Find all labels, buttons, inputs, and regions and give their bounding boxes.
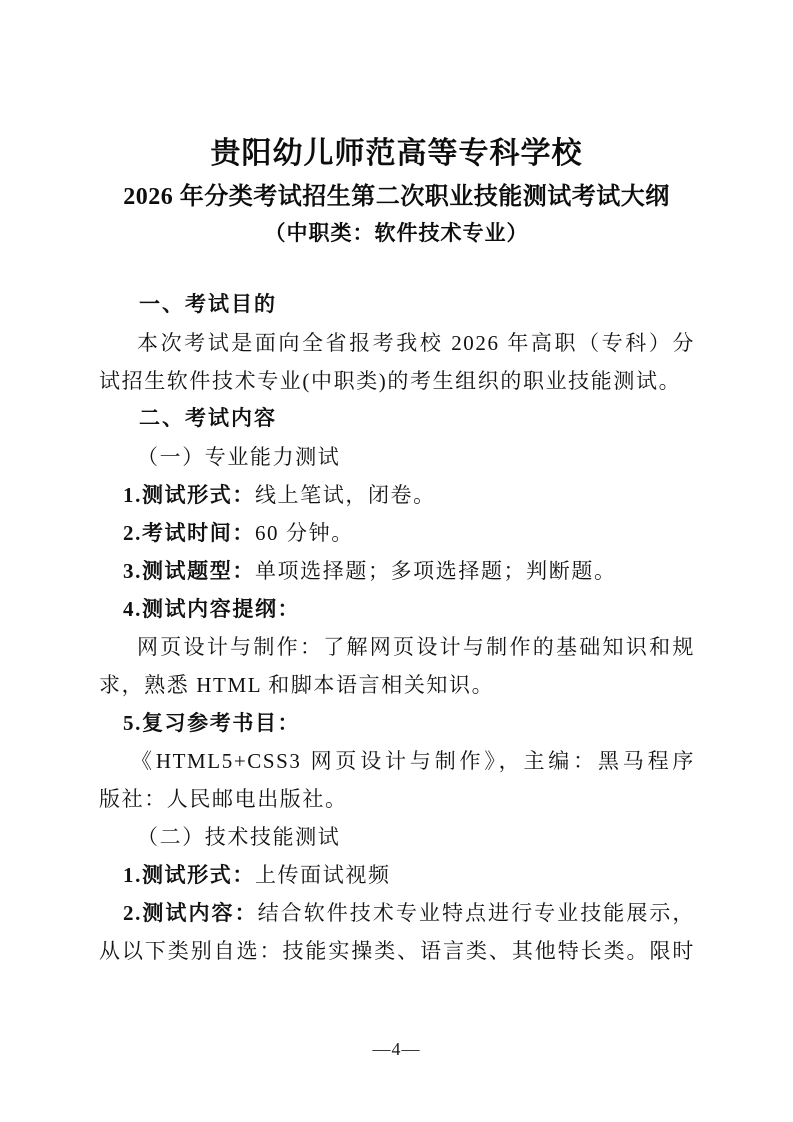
text-run: （二）技术技能测试: [137, 825, 340, 849]
bold-label: 一、考试目的: [139, 293, 277, 316]
text-run: 60 分钟。: [255, 521, 354, 545]
item-test-outline-label: 4.测试内容提纲：: [99, 590, 695, 628]
text-run: 线上笔试，闭卷。: [255, 483, 436, 507]
heading-exam-content: 二、考试内容: [99, 400, 695, 438]
bold-label: 3.测试题型：: [123, 559, 255, 583]
item-test-format-2: 1.测试形式：上传面试视频: [99, 856, 695, 894]
bold-label: 4.测试内容提纲：: [123, 597, 300, 621]
item-reference-books-label: 5.复习参考书目：: [99, 704, 695, 742]
text-run: 版社：人民邮电出版社。: [99, 787, 348, 811]
bold-label: 1.测试形式：: [123, 863, 255, 887]
text-run: 试招生软件技术专业(中职类)的考生组织的职业技能测试。: [99, 369, 681, 393]
para-reference-line1: 《HTML5+CSS3 网页设计与制作》，主编：黑马程序员，出: [99, 742, 695, 780]
para-outline-line2: 求，熟悉 HTML 和脚本语言相关知识。: [99, 666, 695, 704]
text-run: 求，熟悉 HTML 和脚本语言相关知识。: [99, 673, 494, 697]
document-page: 贵阳幼儿师范高等专科学校 2026 年分类考试招生第二次职业技能测试考试大纲 （…: [0, 0, 793, 1122]
text-run: 网页设计与制作：了解网页设计与制作的基础知识和规范要: [137, 635, 695, 666]
bold-label: 2.测试内容：: [123, 901, 258, 925]
item-test-content: 2.测试内容：结合软件技术专业特点进行专业技能展示，可: [99, 894, 695, 932]
bold-label: 2.考试时间：: [123, 521, 255, 545]
bold-label: 5.复习参考书目：: [123, 711, 300, 735]
para-purpose-line2: 试招生软件技术专业(中职类)的考生组织的职业技能测试。: [99, 362, 695, 400]
doc-title-major: （中职类：软件技术专业）: [0, 219, 793, 247]
para-reference-line2: 版社：人民邮电出版社。: [99, 780, 695, 818]
bold-label: 1.测试形式：: [123, 483, 255, 507]
para-test-content-line2: 从以下类别自选：技能实操类、语言类、其他特长类。限时 3 分: [99, 932, 695, 970]
text-run: 从以下类别自选：技能实操类、语言类、其他特长类。限时 3 分: [99, 939, 695, 970]
text-run: 本次考试是面向全省报考我校 2026 年高职（专科）分类考: [137, 331, 695, 362]
text-run: （一）专业能力测试: [137, 445, 340, 469]
text-run: 《HTML5+CSS3 网页设计与制作》，主编：黑马程序员，出: [131, 749, 695, 780]
text-run: 单项选择题；多项选择题；判断题。: [255, 559, 617, 583]
subheading-technical-skill-test: （二）技术技能测试: [99, 818, 695, 856]
subheading-professional-ability-test: （一）专业能力测试: [99, 438, 695, 476]
bold-label: 二、考试内容: [139, 407, 277, 430]
para-outline-line1: 网页设计与制作：了解网页设计与制作的基础知识和规范要: [99, 628, 695, 666]
doc-title-school: 贵阳幼儿师范高等专科学校: [0, 136, 793, 172]
text-run: 上传面试视频: [255, 863, 391, 887]
item-question-types: 3.测试题型：单项选择题；多项选择题；判断题。: [99, 552, 695, 590]
item-test-format-1: 1.测试形式：线上笔试，闭卷。: [99, 476, 695, 514]
doc-title-exam-outline: 2026 年分类考试招生第二次职业技能测试考试大纲: [0, 182, 793, 212]
item-exam-duration: 2.考试时间：60 分钟。: [99, 514, 695, 552]
page-number: —4—: [0, 1036, 793, 1062]
heading-exam-purpose: 一、考试目的: [99, 286, 695, 324]
doc-body: 一、考试目的本次考试是面向全省报考我校 2026 年高职（专科）分类考试招生软件…: [99, 286, 695, 970]
para-purpose-line1: 本次考试是面向全省报考我校 2026 年高职（专科）分类考: [99, 324, 695, 362]
